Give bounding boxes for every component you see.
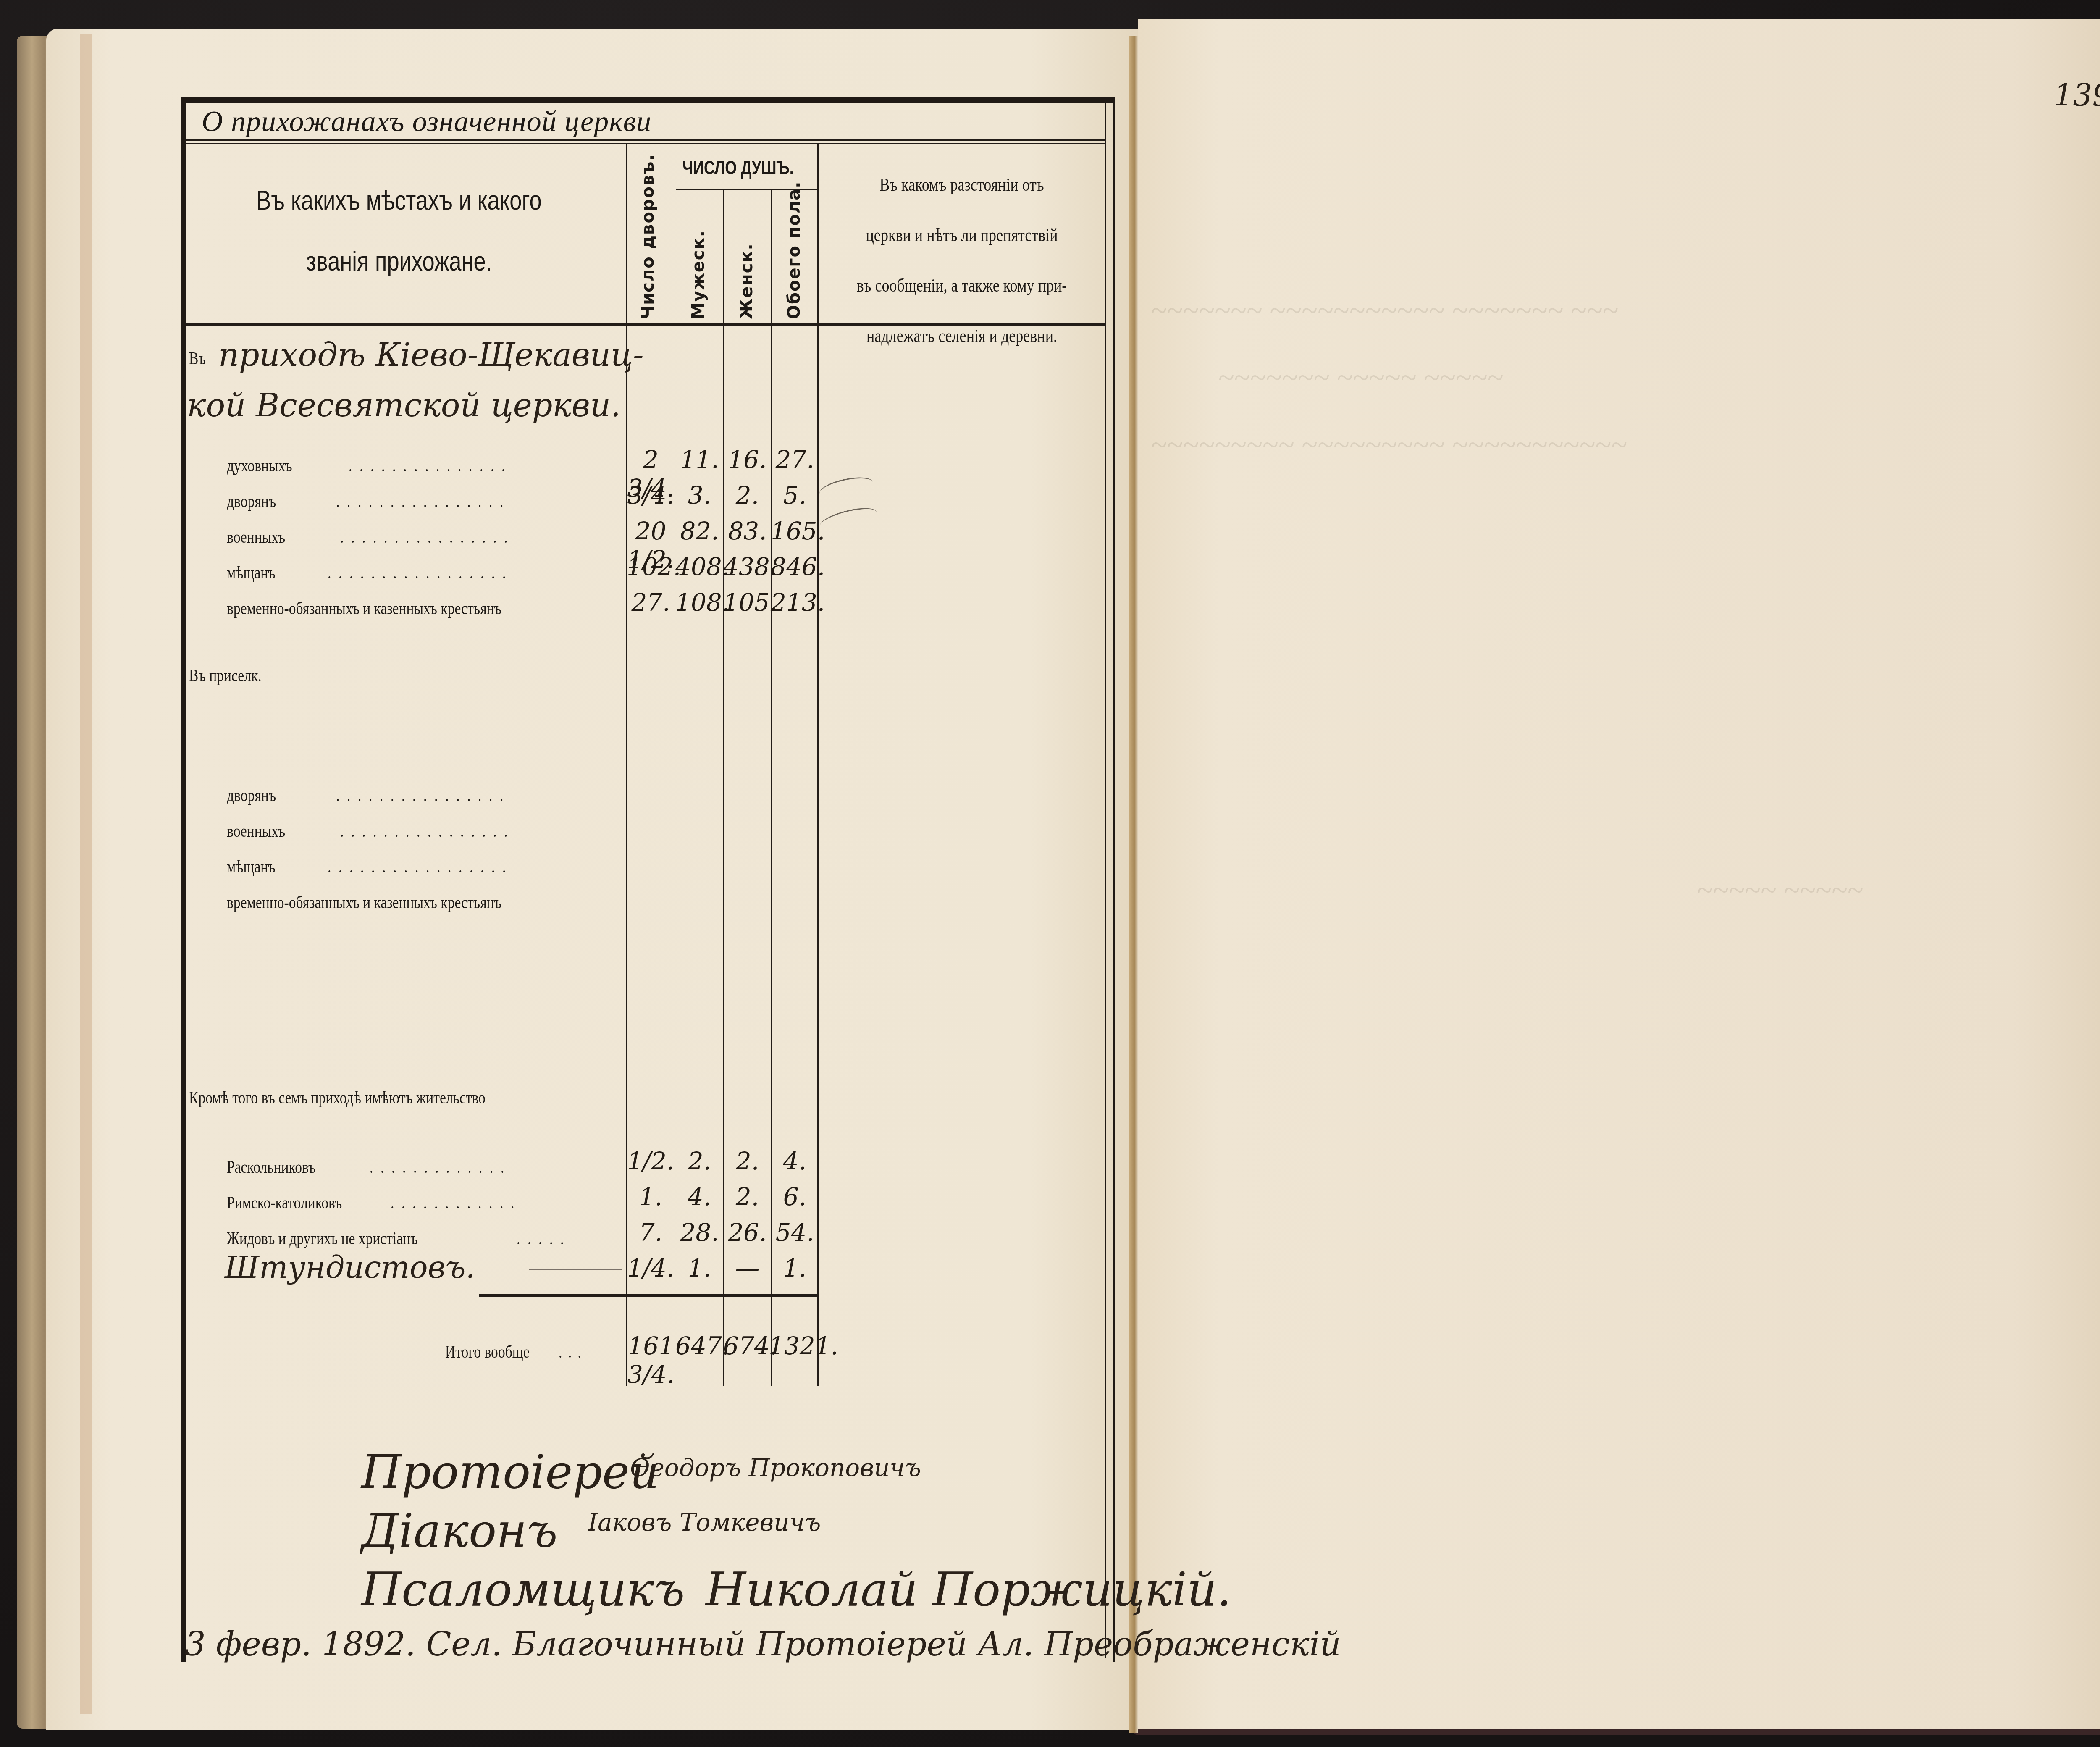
cell-male: 2. xyxy=(675,1147,724,1175)
bleed-through-text: ~~~~~ ~~~~~ xyxy=(1697,874,1863,907)
column-separator xyxy=(675,144,675,1185)
header-bottom-rule xyxy=(186,323,1106,326)
row-label: мѣщанъ xyxy=(227,857,276,877)
leader-dots: ... xyxy=(559,1342,587,1362)
cell-male: 108. xyxy=(675,588,724,617)
title-divider xyxy=(186,139,1106,141)
leader-dots: ................. xyxy=(328,563,513,583)
cell-male: 28. xyxy=(675,1218,724,1247)
column-separator xyxy=(817,144,819,1185)
cell-female: 2. xyxy=(723,481,772,510)
column-separator xyxy=(626,144,627,1185)
handwritten-dash xyxy=(529,1269,622,1270)
leader-dots: ............... xyxy=(349,456,512,476)
cell-both: 213. xyxy=(771,588,819,617)
cell-female: 16. xyxy=(723,445,772,474)
parish-name-line1: приходѣ Кіево-Щекавиц- xyxy=(218,336,644,373)
row-label: дворянъ xyxy=(227,491,276,512)
cell-households: 1/2. xyxy=(627,1147,675,1175)
row-label: мѣщанъ xyxy=(227,563,276,583)
header-main-line2: званія прихожане. xyxy=(227,246,571,277)
header-souls-group: ЧИСЛО ДУШЪ. xyxy=(682,156,794,179)
dean-attestation: 3 февр. 1892. Сел. Благочинный Протоіере… xyxy=(185,1626,1341,1663)
signature-name: Николай Поржицкій. xyxy=(706,1563,1231,1616)
totals-label: Итого вообще xyxy=(445,1342,530,1362)
leader-dots: ................ xyxy=(336,491,511,512)
cell-both: 4. xyxy=(771,1147,819,1175)
cell-male: 3. xyxy=(675,481,724,510)
cell-female: 26. xyxy=(723,1218,772,1247)
leader-dots: ................ xyxy=(336,785,511,806)
remarks-line: надлежатъ селенія и деревни. xyxy=(848,311,1075,361)
row-label-handwritten: Штундистовъ. xyxy=(225,1250,475,1285)
cell-female: 438. xyxy=(723,552,772,581)
totals-rule xyxy=(479,1294,819,1297)
row-label: Римско-католиковъ xyxy=(227,1193,342,1213)
signature-title: Псаломщикъ xyxy=(361,1563,685,1616)
cell-households: 1/4. xyxy=(627,1254,675,1282)
form-title: О прихожанахъ означенной церкви xyxy=(202,105,651,139)
hamlet-label: Въ приселк. xyxy=(189,666,262,686)
cell-female: 2. xyxy=(723,1147,772,1175)
parish-prefix: Въ xyxy=(189,349,206,369)
leader-dots: ............. xyxy=(370,1157,512,1177)
signature-name: Өеодоръ Прокоповичъ xyxy=(630,1453,921,1482)
left-page-tab-edge xyxy=(80,34,92,1714)
remarks-line: въ сообщеніи, а также кому при- xyxy=(848,260,1075,311)
cell-female: — xyxy=(723,1254,772,1282)
total-households: 161 3/4. xyxy=(622,1332,680,1389)
bleed-through-text: ~~~~~~~ ~~~~~~~~~~~ ~~~~~~~ ~~~ xyxy=(1151,294,1618,328)
cell-both: 1. xyxy=(771,1254,819,1282)
bleed-through-text: ~~~~~~~ ~~~~~ ~~~~~ xyxy=(1218,361,1503,395)
cell-both: 846. xyxy=(771,552,819,581)
header-female: Женск. xyxy=(737,218,756,319)
cell-households: 7. xyxy=(627,1218,675,1247)
row-label: временно-обязанныхъ и казенныхъ крестьян… xyxy=(227,893,501,913)
leader-dots: ................. xyxy=(328,857,513,877)
leader-dots: ..... xyxy=(517,1229,571,1249)
total-male: 647. xyxy=(675,1332,724,1360)
row-label: духовныхъ xyxy=(227,456,292,476)
right-page xyxy=(1138,19,2100,1729)
bleed-through-text: ~~~~~~~~~ ~~~~~~~~~ ~~~~~~~~~~~ xyxy=(1151,428,1627,462)
book-gutter xyxy=(1129,36,1138,1733)
row-label: дворянъ xyxy=(227,785,276,806)
header-main-line1: Въ какихъ мѣстахъ и какого xyxy=(227,185,571,216)
column-separator xyxy=(723,190,724,1185)
signature-name: Іаковъ Томкевичъ xyxy=(588,1508,821,1537)
cell-both: 6. xyxy=(771,1182,819,1211)
cell-male: 82. xyxy=(675,517,724,545)
leader-dots: ................ xyxy=(340,821,515,841)
header-both: Обоего пола. xyxy=(785,202,804,319)
total-both: 1321. xyxy=(769,1332,821,1360)
cell-female: 2. xyxy=(723,1182,772,1211)
header-remarks: Въ какомъ разстояніи отъ церкви и нѣтъ л… xyxy=(823,160,1100,361)
column-separator xyxy=(771,190,772,1185)
cell-both: 5. xyxy=(771,481,819,510)
total-female: 674. xyxy=(723,1332,772,1360)
remarks-line: Въ какомъ разстояніи отъ xyxy=(848,160,1075,210)
cell-households: 102. xyxy=(627,552,675,581)
title-divider xyxy=(186,143,1106,144)
cell-male: 408. xyxy=(675,552,724,581)
row-label: Жидовъ и другихъ не христіанъ xyxy=(227,1229,418,1249)
header-male: Мужеск. xyxy=(689,210,708,319)
frame-inner-line xyxy=(1105,103,1106,1658)
leader-dots: ................ xyxy=(340,527,515,547)
cell-male: 11. xyxy=(675,445,724,474)
cell-both: 54. xyxy=(771,1218,819,1247)
cell-male: 4. xyxy=(675,1182,724,1211)
cell-households: 27. xyxy=(627,588,675,617)
cell-both: 27. xyxy=(771,445,819,474)
row-label: военныхъ xyxy=(227,821,285,841)
page-number: 139. xyxy=(2054,78,2100,113)
cell-households: 1. xyxy=(627,1182,675,1211)
row-label: военныхъ xyxy=(227,527,285,547)
parish-name-line2: кой Всесвятской церкви. xyxy=(187,386,621,424)
remarks-line: церкви и нѣтъ ли препятствій xyxy=(848,210,1075,260)
signature-title: Діаконъ xyxy=(361,1504,558,1558)
row-label: Раскольниковъ xyxy=(227,1157,315,1177)
cell-female: 83. xyxy=(723,517,772,545)
cell-female: 105. xyxy=(723,588,772,617)
header-households: Число дворовъ. xyxy=(638,168,658,319)
row-label: временно-обязанныхъ и казенныхъ крестьян… xyxy=(227,599,501,619)
leader-dots: ............ xyxy=(391,1193,522,1213)
cell-both: 165. xyxy=(771,517,819,545)
signature-title: Протоіерей xyxy=(361,1445,659,1499)
cell-male: 1. xyxy=(675,1254,724,1282)
cell-households: 3/4. xyxy=(627,481,675,510)
other-residents-heading: Кромѣ того въ семъ приходѣ имѣютъ житель… xyxy=(189,1088,486,1108)
